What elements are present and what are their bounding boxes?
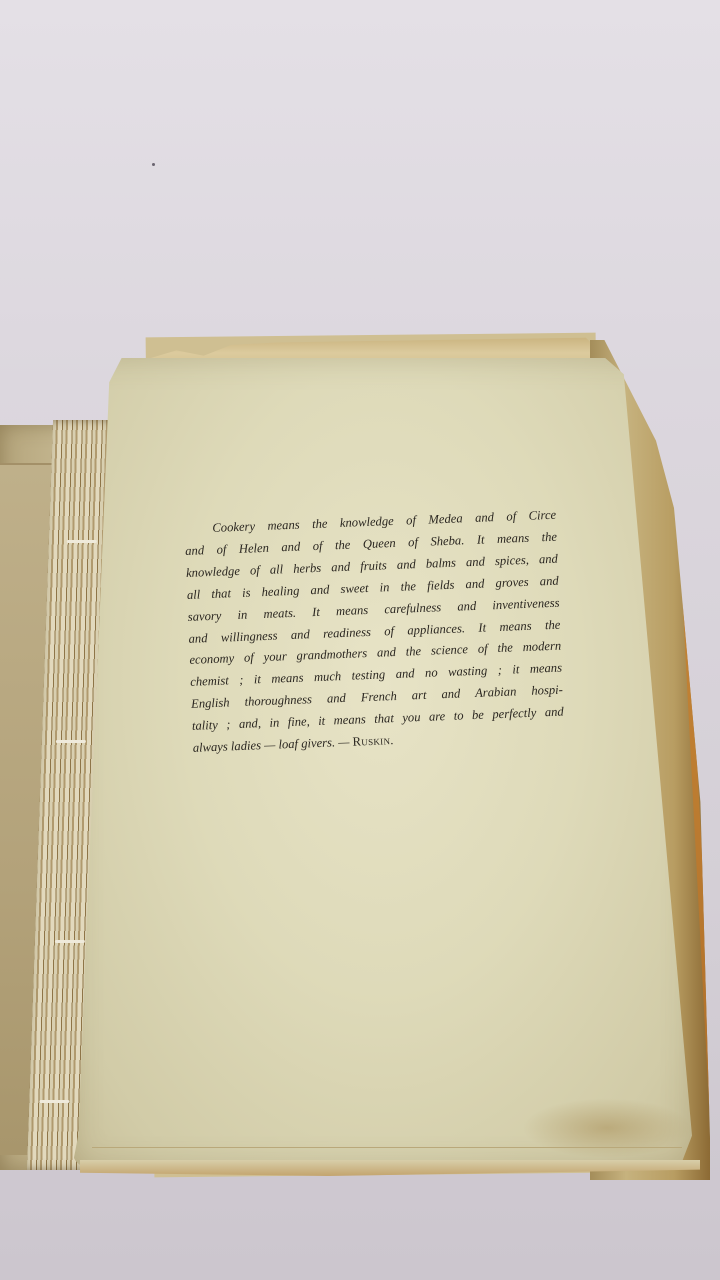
binding-thread	[55, 940, 85, 943]
book-page	[72, 358, 692, 1168]
binding-thread	[39, 1100, 69, 1103]
binding-thread	[67, 540, 97, 543]
page-bottom-edge	[92, 1147, 682, 1148]
speck	[152, 163, 155, 166]
epigraph-quote: Cookery means the knowledge of Medea and…	[184, 505, 565, 760]
quote-last-text: always ladies — loaf givers. —	[193, 735, 350, 755]
binding-thread	[56, 740, 86, 743]
quote-attribution: Ruskin.	[352, 733, 394, 749]
water-stain	[522, 1098, 692, 1158]
